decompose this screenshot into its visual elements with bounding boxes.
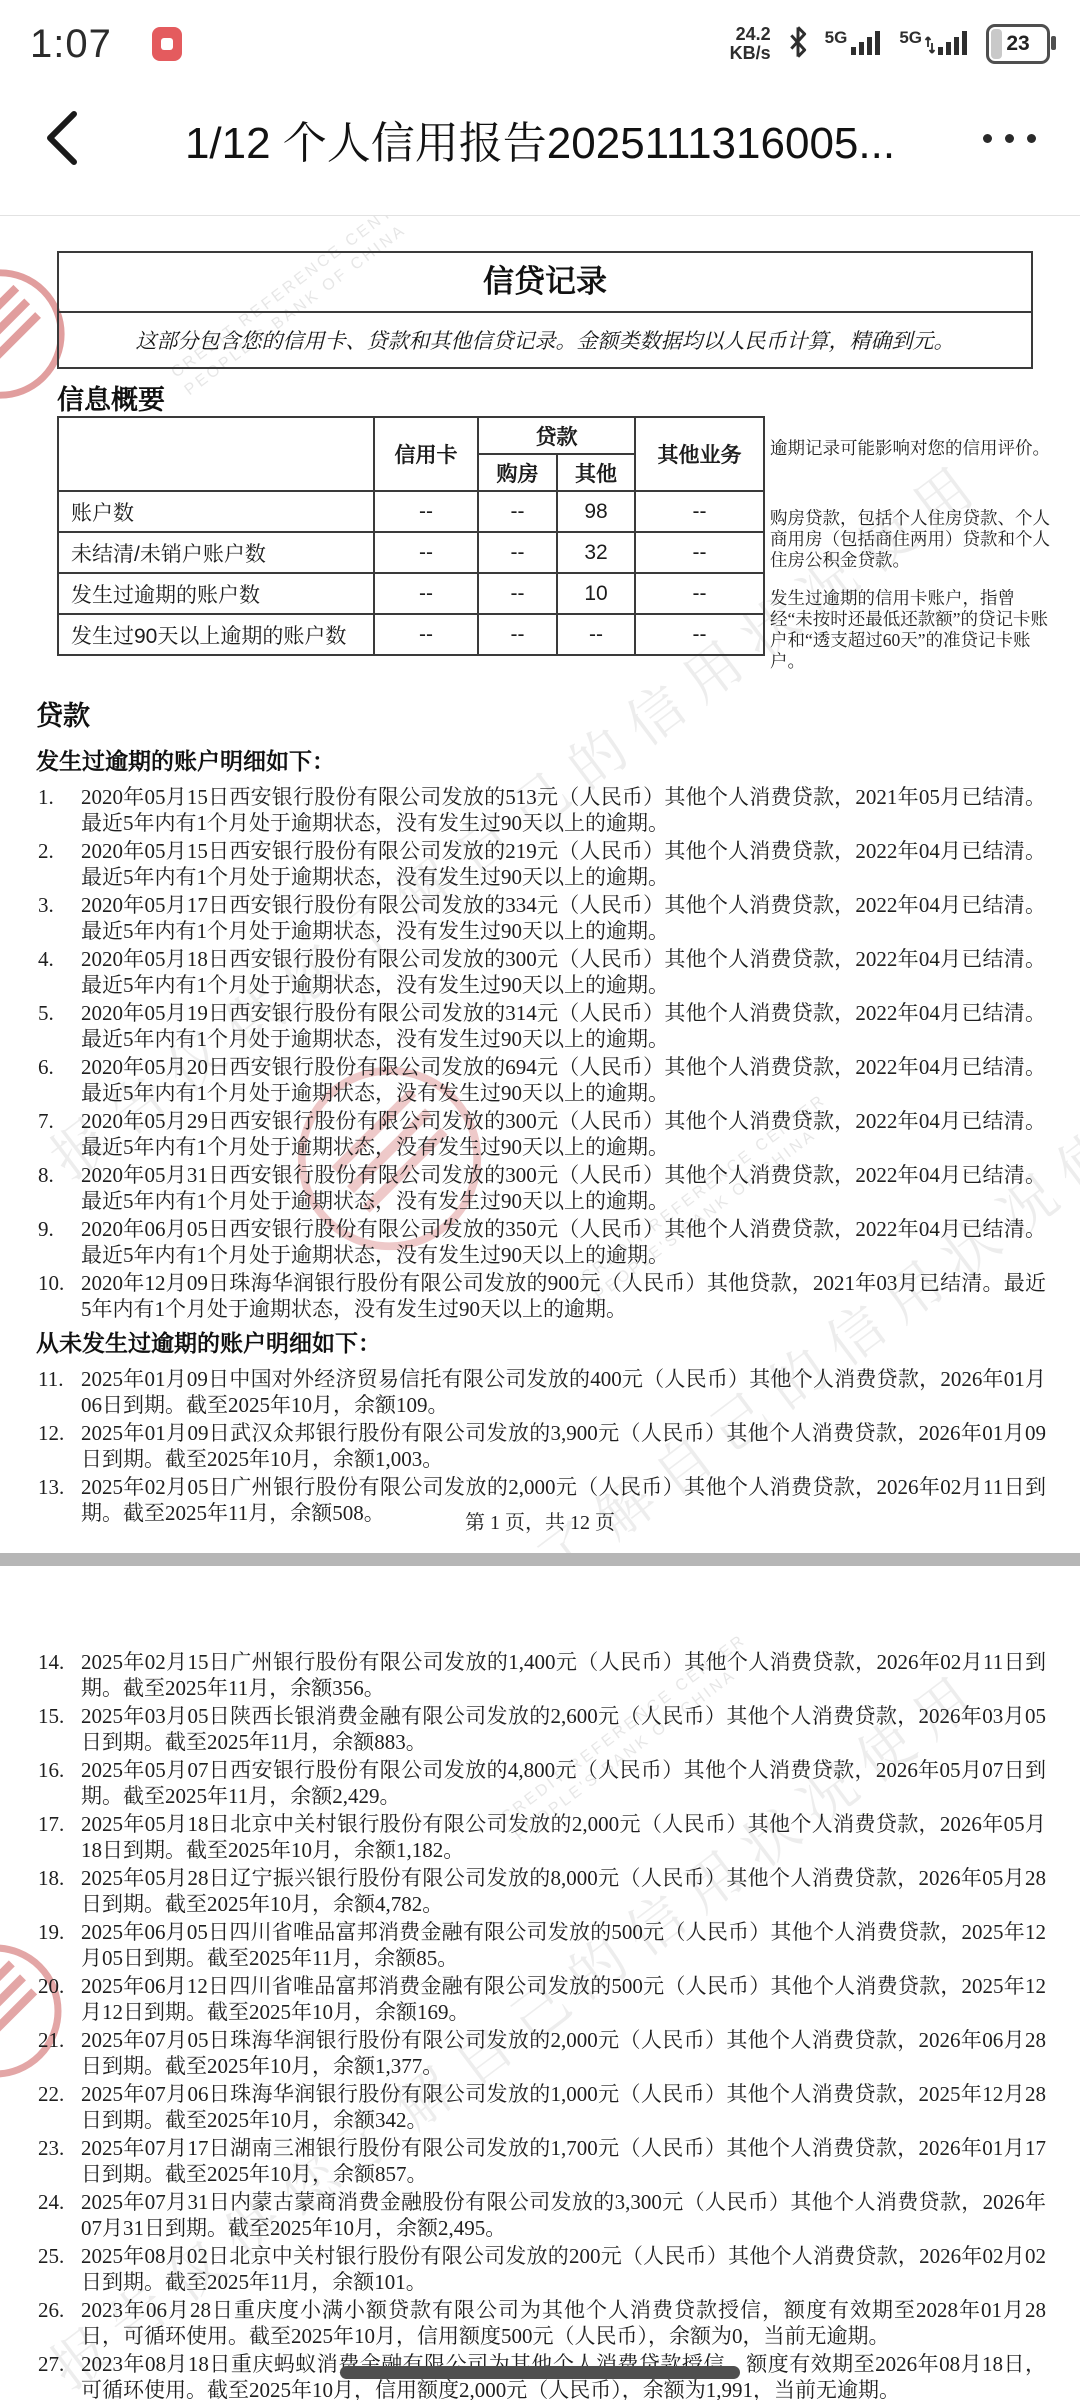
signal-sim1: 5G — [825, 27, 884, 62]
no-overdue-heading: 从未发生过逾期的账户明细如下： — [36, 1325, 1046, 1358]
status-icons: 24.2 KB/s 5G 5G 23 — [730, 24, 1050, 64]
list-item: 5.2020年05月19日西安银行股份有限公司发放的314元（人民币）其他个人消… — [36, 1000, 1046, 1052]
list-item: 7.2020年05月29日西安银行股份有限公司发放的300元（人民币）其他个人消… — [36, 1108, 1046, 1160]
table-corner-cell — [58, 417, 374, 491]
list-item: 12.2025年01月09日武汉众邦银行股份有限公司发放的3,900元（人民币）… — [36, 1420, 1046, 1472]
list-item: 24.2025年07月31日内蒙古蒙商消费金融股份有限公司发放的3,300元（人… — [36, 2189, 1046, 2241]
list-item: 3.2020年05月17日西安银行股份有限公司发放的334元（人民币）其他个人消… — [36, 892, 1046, 944]
more-options-button[interactable] — [983, 118, 1036, 158]
summary-heading: 信息概要 — [57, 378, 165, 417]
pdf-page-2[interactable]: 报告仅供您了解自己的信用状况使用 CREDIT REFERENCE CENTER… — [0, 1566, 1080, 2400]
section-note: 这部分包含您的信用卡、贷款和其他信贷记录。金额类数据均以人民币计算，精确到元。 — [59, 313, 1031, 367]
list-item: 14.2025年02月15日广州银行股份有限公司发放的1,400元（人民币）其他… — [36, 1649, 1046, 1701]
list-item: 25.2025年08月02日北京中关村银行股份有限公司发放的200元（人民币）其… — [36, 2243, 1046, 2295]
side-note: 逾期记录可能影响对您的信用评价。 — [770, 438, 1050, 459]
list-item: 20.2025年06月12日四川省唯品富邦消费金融有限公司发放的500元（人民币… — [36, 1973, 1046, 2025]
list-item: 1.2020年05月15日西安银行股份有限公司发放的513元（人民币）其他个人消… — [36, 784, 1046, 836]
list-item: 19.2025年06月05日四川省唯品富邦消费金融有限公司发放的500元（人民币… — [36, 1919, 1046, 1971]
list-item: 16.2025年05月07日西安银行股份有限公司发放的4,800元（人民币）其他… — [36, 1757, 1046, 1809]
side-note: 购房贷款，包括个人住房贷款、个人商用房（包括商住两用）贷款和个人住房公积金贷款。 — [770, 508, 1050, 571]
sim1-network-type: 5G — [825, 28, 848, 48]
col-loan: 贷款 — [478, 417, 635, 454]
table-row: 未结清/未销户账户数 -- -- 32 -- — [58, 532, 764, 573]
list-item: 26.2023年06月28日重庆度小满小额贷款有限公司为其他个人消费贷款授信，额… — [36, 2297, 1046, 2349]
list-item: 15.2025年03月05日陕西长银消费金融有限公司发放的2,600元（人民币）… — [36, 1703, 1046, 1755]
battery-percent: 23 — [1006, 32, 1029, 56]
network-speed-unit: KB/s — [730, 44, 771, 63]
bluetooth-icon — [787, 26, 809, 63]
recording-app-icon — [152, 27, 182, 61]
list-item: 6.2020年05月20日西安银行股份有限公司发放的694元（人民币）其他个人消… — [36, 1054, 1046, 1106]
list-item: 18.2025年05月28日辽宁振兴银行股份有限公司发放的8,000元（人民币）… — [36, 1865, 1046, 1917]
network-speed: 24.2 KB/s — [730, 25, 771, 63]
col-other-business: 其他业务 — [635, 417, 764, 491]
hd-volte-arrows-icon — [924, 33, 936, 62]
list-item: 22.2025年07月06日珠海华润银行股份有限公司发放的1,000元（人民币）… — [36, 2081, 1046, 2133]
page-footer: 第 1 页，共 12 页 — [0, 1506, 1080, 1535]
credit-record-header-box: 信贷记录 这部分包含您的信用卡、贷款和其他信贷记录。金额类数据均以人民币计算，精… — [57, 251, 1033, 369]
loan-details: 贷款 发生过逾期的账户明细如下： 1.2020年05月15日西安银行股份有限公司… — [36, 694, 1046, 1528]
col-loan-other: 其他 — [557, 454, 635, 491]
clock: 1:07 — [30, 22, 112, 67]
status-bar: 1:07 24.2 KB/s 5G 5G 23 — [0, 0, 1080, 88]
nav-bar: 1/12 个人信用报告2025111316005... — [0, 88, 1080, 190]
back-button[interactable] — [34, 106, 94, 170]
home-indicator[interactable] — [340, 2366, 740, 2379]
pdf-page-1[interactable]: CREDIT REFERENCE CENTERPEOPLE'S BANK OF … — [0, 215, 1080, 1554]
overdue-heading: 发生过逾期的账户明细如下： — [36, 743, 1046, 776]
list-item: 21.2025年07月05日珠海华润银行股份有限公司发放的2,000元（人民币）… — [36, 2027, 1046, 2079]
list-item: 23.2025年07月17日湖南三湘银行股份有限公司发放的1,700元（人民币）… — [36, 2135, 1046, 2187]
signal-bars-icon — [849, 27, 883, 62]
col-credit-card: 信用卡 — [374, 417, 478, 491]
network-speed-value: 24.2 — [730, 25, 771, 44]
table-row: 账户数 -- -- 98 -- — [58, 491, 764, 532]
section-title: 信贷记录 — [59, 253, 1031, 313]
col-loan-house: 购房 — [478, 454, 557, 491]
list-item: 4.2020年05月18日西安银行股份有限公司发放的300元（人民币）其他个人消… — [36, 946, 1046, 998]
table-row: 发生过逾期的账户数 -- -- 10 -- — [58, 573, 764, 614]
signal-bars-icon — [936, 27, 970, 62]
list-item: 11.2025年01月09日中国对外经济贸易信托有限公司发放的400元（人民币）… — [36, 1366, 1046, 1418]
table-row: 发生过90天以上逾期的账户数 -- -- -- -- — [58, 614, 764, 655]
battery-icon: 23 — [986, 24, 1050, 64]
side-note: 发生过逾期的信用卡账户，指曾经“未按时还最低还款额”的贷记卡账户和“透支超过60… — [770, 588, 1050, 672]
loan-heading: 贷款 — [36, 694, 1046, 733]
loan-details-continued: 14.2025年02月15日广州银行股份有限公司发放的1,400元（人民币）其他… — [36, 1649, 1046, 2400]
sim2-network-type: 5G — [899, 28, 922, 48]
summary-table: 信用卡 贷款 其他业务 购房 其他 账户数 -- -- 98 -- 未结清/未销… — [57, 416, 765, 656]
list-item: 8.2020年05月31日西安银行股份有限公司发放的300元（人民币）其他个人消… — [36, 1162, 1046, 1214]
list-item: 17.2025年05月18日北京中关村银行股份有限公司发放的2,000元（人民币… — [36, 1811, 1046, 1863]
page-title: 1/12 个人信用报告2025111316005... — [0, 107, 1080, 171]
signal-sim2: 5G — [899, 27, 970, 62]
list-item: 10.2020年12月09日珠海华润银行股份有限公司发放的900元（人民币）其他… — [36, 1270, 1046, 1322]
list-item: 2.2020年05月15日西安银行股份有限公司发放的219元（人民币）其他个人消… — [36, 838, 1046, 890]
page-gap-divider — [0, 1553, 1080, 1566]
list-item: 9.2020年06月05日西安银行股份有限公司发放的350元（人民币）其他个人消… — [36, 1216, 1046, 1268]
